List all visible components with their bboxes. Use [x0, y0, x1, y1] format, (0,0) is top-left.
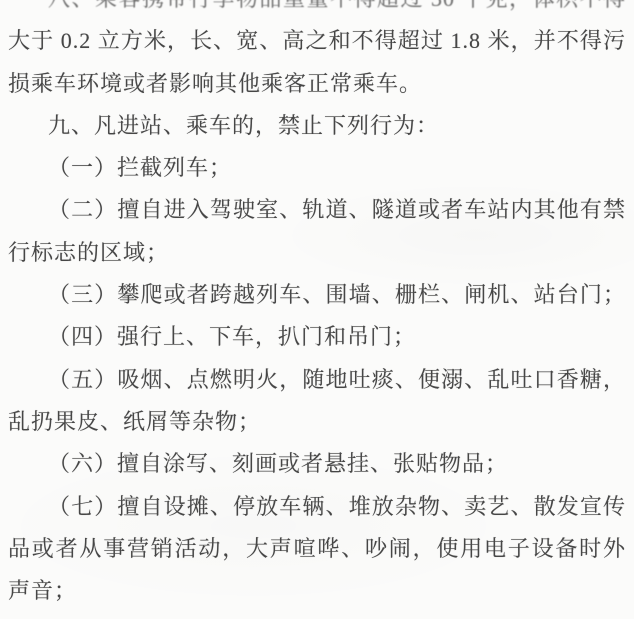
- document-line: （六）擅自涂写、刻画或者悬挂、张贴物品；: [8, 443, 626, 485]
- document-line: （一）拦截列车；: [8, 147, 626, 189]
- scanned-document-screenshot: { "page": { "background_color": "#fbfbfa…: [0, 0, 634, 619]
- document-line: 损乘车环境或者影响其他乘客正常乘车。: [8, 63, 626, 105]
- document-line: 八、乘客携带行李物品重量不得超过 30 千克，体积不得: [8, 0, 626, 20]
- document-line: 品或者从事营销活动，大声喧哗、吵闹，使用电子设备时外放: [8, 528, 626, 570]
- document-text-block: 八、乘客携带行李物品重量不得超过 30 千克，体积不得大于 0.2 立方米，长、…: [8, 0, 626, 612]
- document-line: （四）强行上、下车，扒门和吊门；: [8, 316, 626, 358]
- document-line: 九、凡进站、乘车的，禁止下列行为：: [8, 105, 626, 147]
- document-line: （三）攀爬或者跨越列车、围墙、栅栏、闸机、站台门；: [8, 274, 626, 316]
- document-line: 行标志的区域；: [8, 232, 626, 274]
- document-line: 声音；: [8, 570, 626, 612]
- document-line: 大于 0.2 立方米，长、宽、高之和不得超过 1.8 米，并不得污: [8, 20, 626, 62]
- document-line: 乱扔果皮、纸屑等杂物；: [8, 401, 626, 443]
- document-line: （七）擅自设摊、停放车辆、堆放杂物、卖艺、散发宣传: [8, 486, 626, 528]
- document-line: （五）吸烟、点燃明火，随地吐痰、便溺、乱吐口香糖，: [8, 359, 626, 401]
- document-page: 八、乘客携带行李物品重量不得超过 30 千克，体积不得大于 0.2 立方米，长、…: [0, 0, 634, 619]
- document-line: （二）擅自进入驾驶室、轨道、隧道或者车站内其他有禁: [8, 189, 626, 231]
